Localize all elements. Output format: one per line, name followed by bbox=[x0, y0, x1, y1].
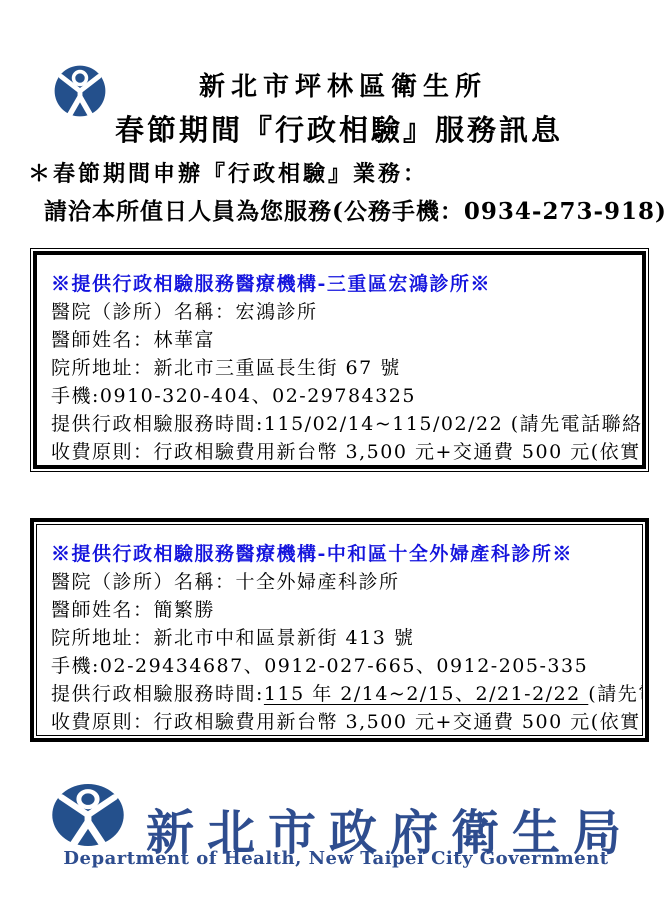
clinic-doctor-line: 醫師姓名：簡繁勝 bbox=[51, 596, 638, 624]
clinic-heading: ※提供行政相驗服務醫療機構-中和區十全外婦產科診所※ bbox=[51, 540, 638, 568]
service-time-note: (請先電話聯絡) bbox=[503, 413, 646, 435]
clinic-fee-line: 收費原則：行政相驗費用新台幣 3,500 元+交通費 500 元(依實際行程另計… bbox=[51, 438, 638, 466]
clinic-service-time-line: 提供行政相驗服務時間:115/02/14~115/02/22 (請先電話聯絡) bbox=[51, 410, 638, 438]
clinic-doctor-line: 醫師姓名：林華富 bbox=[51, 326, 638, 354]
clinic-service-time-line: 提供行政相驗服務時間:115 年 2/14~2/15、2/21-2/22 (請先… bbox=[51, 680, 638, 708]
clinic-fee-line: 收費原則：行政相驗費用新台幣 3,500 元+交通費 500 元(依實際行程另計… bbox=[51, 708, 638, 736]
page-title: 新北市坪林區衛生所 bbox=[0, 66, 672, 103]
service-time-label: 提供行政相驗服務時間: bbox=[51, 413, 264, 435]
page-subtitle: 春節期間『行政相驗』服務訊息 bbox=[0, 108, 672, 149]
service-time-label: 提供行政相驗服務時間: bbox=[51, 683, 264, 705]
notice-line-business: ＊春節期間申辦『行政相驗』業務： bbox=[28, 157, 428, 188]
clinic-phone-line: 手機:02-29434687、0912-027-665、0912-205-335 bbox=[51, 652, 638, 680]
service-time-value: 115/02/14~115/02/22 bbox=[264, 413, 503, 435]
service-time-note: (請先電話聯絡) bbox=[588, 683, 643, 705]
notice-line-duty-phone: 請洽本所值日人員為您服務(公務手機：0934-273-918) bbox=[44, 193, 667, 226]
clinic-box-zhonghe: ※提供行政相驗服務醫療機構-中和區十全外婦產科診所※ 醫院（診所）名稱：十全外婦… bbox=[30, 518, 649, 742]
clinic-heading: ※提供行政相驗服務醫療機構-三重區宏鴻診所※ bbox=[51, 270, 638, 298]
clinic-box-zhonghe-inner: ※提供行政相驗服務醫療機構-中和區十全外婦產科診所※ 醫院（診所）名稱：十全外婦… bbox=[36, 524, 643, 736]
health-dept-person-logo-icon bbox=[50, 782, 126, 848]
clinic-box-sanchong-inner: ※提供行政相驗服務醫療機構-三重區宏鴻診所※ 醫院（診所）名稱：宏鴻診所 醫師姓… bbox=[33, 251, 646, 469]
clinic-box-sanchong: ※提供行政相驗服務醫療機構-三重區宏鴻診所※ 醫院（診所）名稱：宏鴻診所 醫師姓… bbox=[30, 248, 649, 472]
clinic-address-line: 院所地址：新北市三重區長生街 67 號 bbox=[51, 354, 638, 382]
clinic-address-line: 院所地址：新北市中和區景新街 413 號 bbox=[51, 624, 638, 652]
clinic-phone-line: 手機:0910-320-404、02-29784325 bbox=[51, 382, 638, 410]
footer-org-name-en: Department of Health, New Taipei City Go… bbox=[0, 848, 672, 869]
service-time-value: 115 年 2/14~2/15、2/21-2/22 bbox=[264, 683, 588, 705]
clinic-name-line: 醫院（診所）名稱：宏鴻診所 bbox=[51, 298, 638, 326]
clinic-name-line: 醫院（診所）名稱：十全外婦產科診所 bbox=[51, 568, 638, 596]
